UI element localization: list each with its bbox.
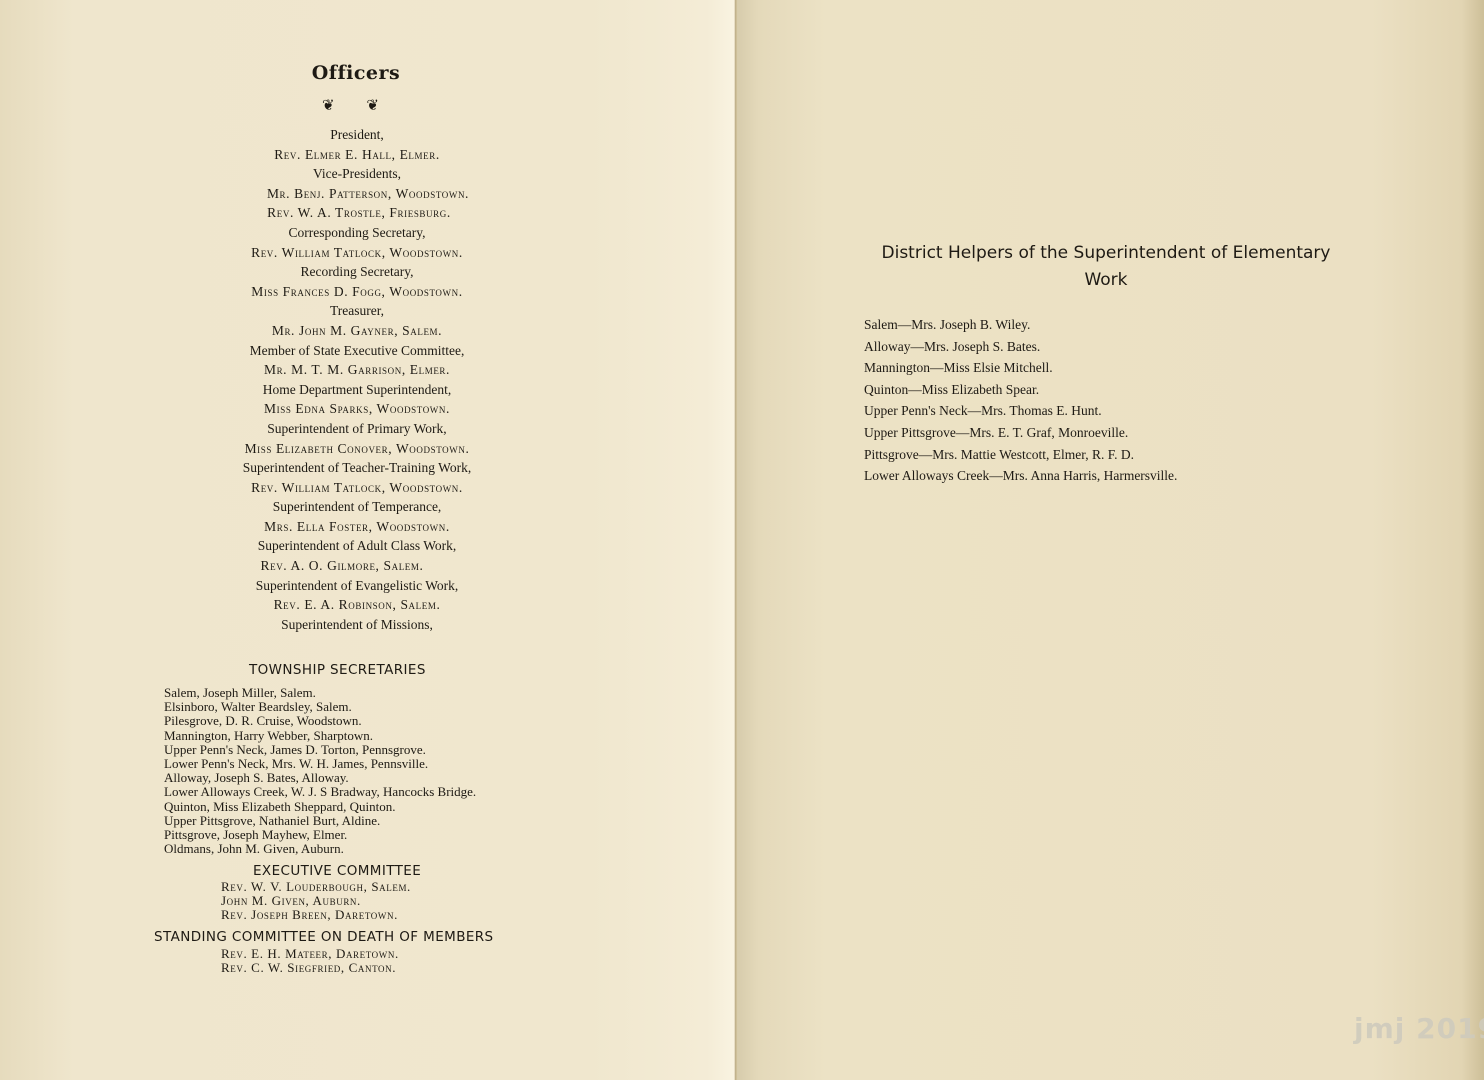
officer-role: Superintendent of Primary Work, (157, 419, 557, 439)
officer-name: Mr. John M. Gayner, Salem. (157, 321, 557, 341)
list-item: Alloway—Mrs. Joseph S. Bates. (864, 336, 1177, 358)
township-secretaries-heading: TOWNSHIP SECRETARIES (249, 662, 426, 678)
officer-name: Miss Frances D. Fogg, Woodstown. (157, 282, 557, 302)
executive-committee-list: Rev. W. V. Louderbough, Salem. John M. G… (221, 880, 411, 923)
book-spine (734, 0, 737, 1080)
officer-role: Recording Secretary, (157, 262, 557, 282)
list-item: Quinton, Miss Elizabeth Sheppard, Quinto… (164, 800, 476, 814)
list-item: Lower Penn's Neck, Mrs. W. H. James, Pen… (164, 757, 476, 771)
list-item: Salem, Joseph Miller, Salem. (164, 686, 476, 700)
officer-name: Rev. William Tatlock, Woodstown. (157, 478, 557, 498)
list-item: John M. Given, Auburn. (221, 894, 411, 908)
list-item: Pittsgrove—Mrs. Mattie Westcott, Elmer, … (864, 444, 1177, 466)
standing-committee-list: Rev. E. H. Mateer, Daretown. Rev. C. W. … (221, 947, 399, 975)
list-item: Lower Alloways Creek—Mrs. Anna Harris, H… (864, 465, 1177, 487)
officers-title: Officers (300, 62, 412, 84)
officer-role: Superintendent of Missions, (157, 615, 557, 635)
executive-committee-heading: EXECUTIVE COMMITTEE (253, 863, 421, 879)
officer-name: Rev. E. A. Robinson, Salem. (157, 595, 557, 615)
officer-name: Rev. W. A. Trostle, Friesburg. (157, 203, 557, 223)
officer-name: Mrs. Ella Foster, Woodstown. (157, 517, 557, 537)
list-item: Rev. C. W. Siegfried, Canton. (221, 961, 399, 975)
officer-role: Superintendent of Temperance, (157, 497, 557, 517)
district-helpers-title: District Helpers of the Superintendent o… (846, 240, 1366, 294)
watermark: jmj 2019 (1354, 1012, 1484, 1045)
title-line-2: Work (846, 267, 1366, 294)
list-item: Upper Pittsgrove—Mrs. E. T. Graf, Monroe… (864, 422, 1177, 444)
list-item: Upper Pittsgrove, Nathaniel Burt, Aldine… (164, 814, 476, 828)
fleuron-ornament-icon: ❦ ❦ (322, 96, 392, 115)
list-item: Upper Penn's Neck—Mrs. Thomas E. Hunt. (864, 400, 1177, 422)
list-item: Rev. W. V. Louderbough, Salem. (221, 880, 411, 894)
officer-role: Superintendent of Teacher-Training Work, (157, 458, 557, 478)
officer-name: Mr. M. T. M. Garrison, Elmer. (157, 360, 557, 380)
list-item: Lower Alloways Creek, W. J. S Bradway, H… (164, 785, 476, 799)
district-helpers-list: Salem—Mrs. Joseph B. Wiley. Alloway—Mrs.… (864, 314, 1177, 487)
title-line-1: District Helpers of the Superintendent o… (846, 240, 1366, 267)
list-item: Rev. E. H. Mateer, Daretown. (221, 947, 399, 961)
right-page (736, 0, 1484, 1080)
officer-name: Miss Elizabeth Conover, Woodstown. (157, 439, 557, 459)
list-item: Mannington, Harry Webber, Sharptown. (164, 729, 476, 743)
list-item: Alloway, Joseph S. Bates, Alloway. (164, 771, 476, 785)
officer-name: Rev. William Tatlock, Woodstown. (157, 243, 557, 263)
list-item: Rev. Joseph Breen, Daretown. (221, 908, 411, 922)
officer-name: Rev. A. O. Gilmore, Salem. (157, 556, 557, 576)
list-item: Mannington—Miss Elsie Mitchell. (864, 357, 1177, 379)
list-item: Oldmans, John M. Given, Auburn. (164, 842, 476, 856)
list-item: Salem—Mrs. Joseph B. Wiley. (864, 314, 1177, 336)
officer-name: Miss Edna Sparks, Woodstown. (157, 399, 557, 419)
list-item: Quinton—Miss Elizabeth Spear. (864, 379, 1177, 401)
officer-role: Vice-Presidents, (157, 164, 557, 184)
list-item: Upper Penn's Neck, James D. Torton, Penn… (164, 743, 476, 757)
officers-list: President, Rev. Elmer E. Hall, Elmer. Vi… (157, 125, 557, 634)
officer-role: Superintendent of Adult Class Work, (157, 536, 557, 556)
officer-role: Corresponding Secretary, (157, 223, 557, 243)
list-item: Elsinboro, Walter Beardsley, Salem. (164, 700, 476, 714)
officer-role: Superintendent of Evangelistic Work, (157, 576, 557, 596)
list-item: Pilesgrove, D. R. Cruise, Woodstown. (164, 714, 476, 728)
officer-name: Mr. Benj. Patterson, Woodstown. (157, 184, 557, 204)
township-secretaries-list: Salem, Joseph Miller, Salem. Elsinboro, … (164, 686, 476, 856)
officer-role: Treasurer, (157, 301, 557, 321)
officer-role: President, (157, 125, 557, 145)
standing-committee-heading: STANDING COMMITTEE ON DEATH OF MEMBERS (154, 929, 494, 945)
list-item: Pittsgrove, Joseph Mayhew, Elmer. (164, 828, 476, 842)
officer-role: Member of State Executive Committee, (157, 341, 557, 361)
officer-name: Rev. Elmer E. Hall, Elmer. (157, 145, 557, 165)
officer-role: Home Department Superintendent, (157, 380, 557, 400)
